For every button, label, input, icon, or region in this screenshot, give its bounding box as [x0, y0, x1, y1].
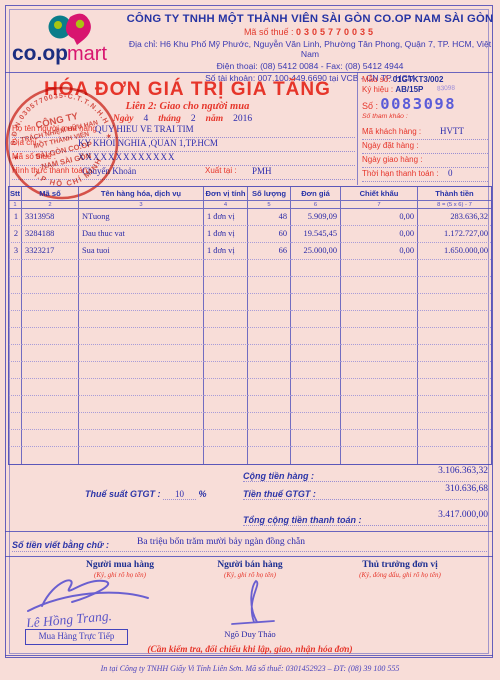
subtotal-value: 3.106.363,32: [438, 466, 488, 476]
date-year: 2016: [223, 114, 262, 124]
stamp-star-right: ★: [105, 132, 113, 141]
payment-term-value: 0: [448, 168, 453, 178]
buyer-stamp-box: Mua Hàng Trực Tiếp: [25, 629, 128, 645]
table-empty-row: [9, 362, 491, 379]
svg-text:Lê Hồng Trang.: Lê Hồng Trang.: [25, 608, 113, 627]
date-day: 4: [133, 114, 158, 124]
table-empty-row: [9, 379, 491, 396]
customer-code-row: Mã khách hàng : HVTT: [362, 127, 488, 140]
date-month: 2: [181, 114, 206, 124]
company-name: CÔNG TY TNHH MỘT THÀNH VIÊN SÀI GÒN CO.O…: [125, 13, 495, 25]
table-row: 2 3284188 Dau thuc vat 1 đơn vị 60 19.54…: [9, 226, 491, 243]
table-empty-row: [9, 311, 491, 328]
subtotal-row: Cộng tiền hàng : 3.106.363,32: [243, 468, 489, 482]
stamp-star-left: ★: [12, 153, 20, 162]
vat-rate-value: 10: [163, 489, 196, 500]
table-header-row: Stt Mã số Tên hàng hóa, dịch vụ Đơn vị t…: [9, 187, 491, 201]
serial-row: Ký hiệu : AB/15P: [362, 85, 489, 94]
order-date-row: Ngày đặt hàng :: [362, 141, 488, 154]
table-empty-row: [9, 345, 491, 362]
amount-in-words-row: Số tiền viết bằng chữ : Ba triệu bốn tră…: [12, 537, 489, 552]
amount-in-words: Ba triệu bốn trăm mười bảy ngàn đồng chẵ…: [137, 537, 305, 547]
issued-at: PMH: [252, 166, 272, 176]
invoice-number-stamp-faint: 83098: [437, 85, 455, 93]
invoice-number-row: Số : 0083098: [362, 95, 489, 113]
table-empty-row: [9, 260, 491, 277]
delivery-date-row: Ngày giao hàng :: [362, 155, 488, 168]
table-empty-row: [9, 294, 491, 311]
printer-credit: In tại Công ty TNHH Giấy Vi Tính Liên Sơ…: [0, 664, 500, 673]
serial-value: AB/15P: [395, 85, 423, 94]
logo-text-mart: mart: [67, 43, 107, 65]
seller-handwritten-signature: [222, 578, 282, 626]
table-column-numbers-row: 1 2 3 4 5 6 7 8 = (5 x 6) - 7: [9, 201, 491, 209]
meta-divider: [357, 72, 358, 185]
invoice-page: co.op mart CÔNG TY TNHH MỘT THÀNH VIÊN S…: [0, 0, 500, 680]
form-number: 01GTKT3/002: [393, 75, 444, 84]
vat-amount-value: 310.636,68: [445, 484, 488, 494]
form-number-row: Mẫu số: 01GTKT3/002: [362, 75, 489, 84]
payment-term-row: Thời hạn thanh toán : 0: [362, 169, 488, 182]
company-tax-code: 0305770035: [296, 27, 376, 37]
header-divider: [5, 72, 493, 73]
words-divider-top: [5, 531, 493, 532]
table-row: 1 3313958 NTuong 1 đơn vị 48 5.909,09 0,…: [9, 209, 491, 226]
company-address: Địa chỉ: H6 Khu Phố Mỹ Phước, Nguyễn Văn…: [125, 39, 495, 59]
table-empty-row: [9, 396, 491, 413]
invoice-number: 0083098: [380, 95, 456, 113]
company-tax-line: Mã số thuế : 0305770035: [125, 27, 495, 37]
items-table: Stt Mã số Tên hàng hóa, dịch vụ Đơn vị t…: [8, 186, 492, 465]
logo-heart-shape: [66, 14, 91, 45]
logo-text-coop: co.op: [12, 42, 68, 65]
customer-code: HVTT: [440, 126, 464, 136]
ref-number-label: Số tham khảo :: [362, 113, 489, 120]
table-empty-row: [9, 277, 491, 294]
check-note: (Cần kiểm tra, đối chiếu khi lập, giao, …: [0, 645, 500, 655]
seller-signature-block: Người bán hàng (Ký, ghi rõ họ tên): [180, 560, 320, 579]
company-phone: Điện thoại: (08) 5412 0084 - Fax: (08) 5…: [125, 61, 495, 71]
table-empty-row: [9, 328, 491, 345]
vat-amount-row: Tiền thuế GTGT : 310.636,68: [243, 486, 489, 500]
table-empty-row: [9, 447, 491, 464]
table-empty-row: [9, 430, 491, 447]
buyer-handwritten-signature: Lê Hồng Trang.: [20, 572, 170, 627]
vat-rate-row: Thuế suất GTGT : 10 %: [85, 489, 207, 499]
coopmart-logo: co.op mart: [12, 12, 124, 73]
words-divider-bottom: [5, 556, 493, 557]
table-empty-row: [9, 413, 491, 430]
seller-name: Ngõ Duy Thảo: [195, 629, 305, 639]
footer-divider: [5, 655, 493, 656]
grand-total-value: 3.417.000,00: [438, 510, 488, 520]
director-signature-block: Thủ trưởng đơn vị (Ký, đóng dấu, ghi rõ …: [320, 560, 480, 579]
grand-total-row: Tổng cộng tiền thanh toán : 3.417.000,00: [243, 512, 489, 526]
table-empty-rows: [9, 260, 491, 464]
table-row: 3 3323217 Sua tuoi 1 đơn vị 66 25.000,00…: [9, 243, 491, 260]
